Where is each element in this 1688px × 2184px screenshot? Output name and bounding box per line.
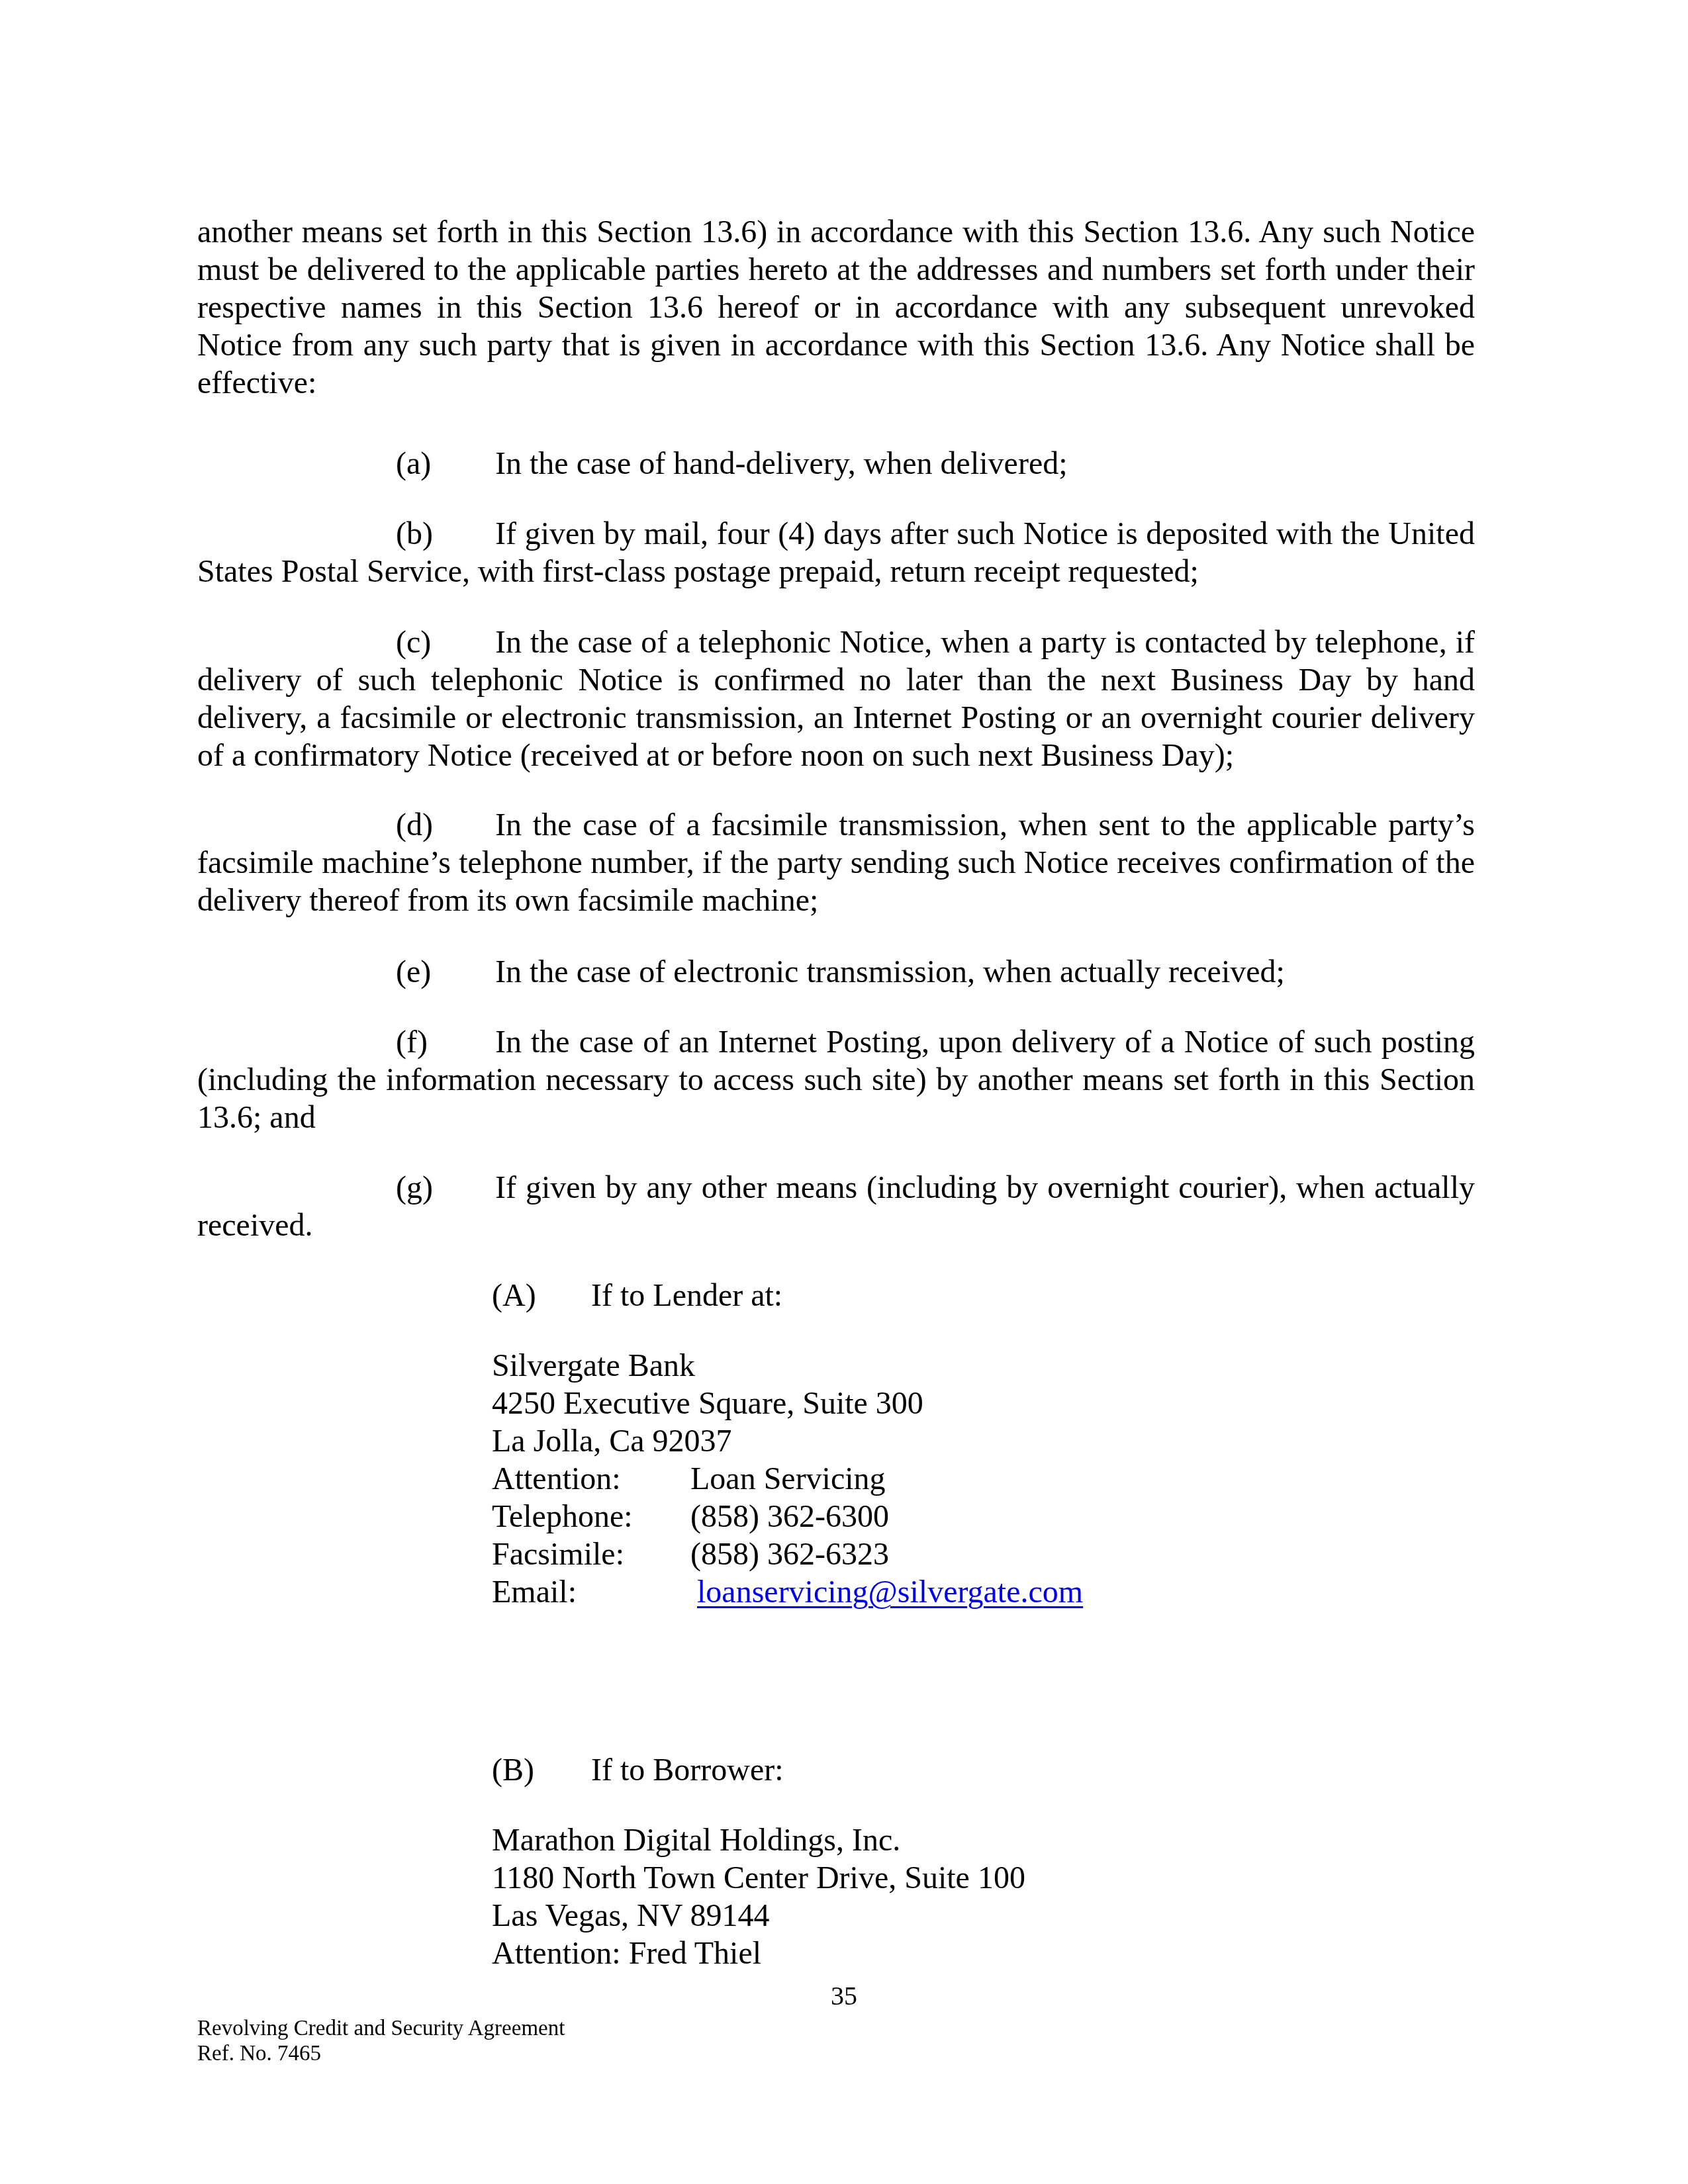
clause-label: (b): [396, 515, 495, 553]
intro-text: another means set forth in this Section …: [197, 214, 1475, 400]
lender-telephone: Telephone:(858) 362-6300: [492, 1498, 1083, 1535]
telephone-label: Telephone:: [492, 1498, 690, 1535]
lender-facsimile: Facsimile:(858) 362-6323: [492, 1535, 1083, 1573]
clause-g-continuation: received.: [197, 1206, 1475, 1244]
intro-paragraph: another means set forth in this Section …: [197, 213, 1475, 402]
lender-label: (A): [492, 1277, 591, 1314]
clause-label: (g): [396, 1169, 495, 1206]
lender-attention: Attention:Loan Servicing: [492, 1460, 1083, 1498]
page-number: 35: [831, 1981, 857, 2011]
attention-value: Loan Servicing: [690, 1461, 886, 1496]
document-page: another means set forth in this Section …: [0, 0, 1688, 2184]
page-footer: Revolving Credit and Security Agreement …: [197, 2016, 565, 2066]
clause-d: (d)In the case of a facsimile transmissi…: [197, 806, 1475, 919]
borrower-address-block: Marathon Digital Holdings, Inc. 1180 Nor…: [492, 1821, 1025, 1972]
attention-label: Attention:: [492, 1460, 690, 1498]
borrower-name: Marathon Digital Holdings, Inc.: [492, 1821, 1025, 1859]
lender-heading-text: If to Lender at:: [591, 1278, 782, 1313]
clause-b: (b)If given by mail, four (4) days after…: [197, 515, 1475, 590]
borrower-heading-text: If to Borrower:: [591, 1752, 784, 1788]
clause-label: (d): [396, 806, 495, 844]
clause-text: In the case of hand-delivery, when deliv…: [495, 446, 1068, 481]
clause-c: (c)In the case of a telephonic Notice, w…: [197, 623, 1475, 774]
borrower-heading: (B)If to Borrower:: [492, 1751, 784, 1789]
email-label: Email:: [492, 1573, 690, 1611]
footer-title: Revolving Credit and Security Agreement: [197, 2016, 565, 2041]
borrower-address2: Las Vegas, NV 89144: [492, 1897, 1025, 1934]
facsimile-label: Facsimile:: [492, 1535, 690, 1573]
clause-label: (e): [396, 953, 495, 991]
clause-text: If given by any other means (including b…: [495, 1170, 1475, 1205]
facsimile-value: (858) 362-6323: [690, 1537, 889, 1572]
borrower-address1: 1180 North Town Center Drive, Suite 100: [492, 1859, 1025, 1897]
borrower-attention: Attention: Fred Thiel: [492, 1934, 1025, 1972]
telephone-value: (858) 362-6300: [690, 1499, 889, 1534]
clause-label: (c): [396, 623, 495, 661]
lender-address2: La Jolla, Ca 92037: [492, 1422, 1083, 1460]
borrower-label: (B): [492, 1751, 591, 1789]
clause-f: (f)In the case of an Internet Posting, u…: [197, 1023, 1475, 1136]
lender-heading: (A)If to Lender at:: [492, 1277, 782, 1314]
email-link[interactable]: loanservicing@silvergate.com: [690, 1574, 1083, 1610]
clause-label: (f): [396, 1023, 495, 1061]
clause-text: In the case of electronic transmission, …: [495, 954, 1285, 989]
clause-a: (a)In the case of hand-delivery, when de…: [197, 445, 1475, 482]
lender-email: Email:loanservicing@silvergate.com: [492, 1573, 1083, 1611]
clause-g: (g)If given by any other means (includin…: [197, 1169, 1475, 1206]
lender-name: Silvergate Bank: [492, 1347, 1083, 1385]
clause-label: (a): [396, 445, 495, 482]
clause-e: (e)In the case of electronic transmissio…: [197, 953, 1475, 991]
lender-address1: 4250 Executive Square, Suite 300: [492, 1385, 1083, 1422]
lender-address-block: Silvergate Bank 4250 Executive Square, S…: [492, 1347, 1083, 1611]
footer-ref: Ref. No. 7465: [197, 2041, 565, 2066]
